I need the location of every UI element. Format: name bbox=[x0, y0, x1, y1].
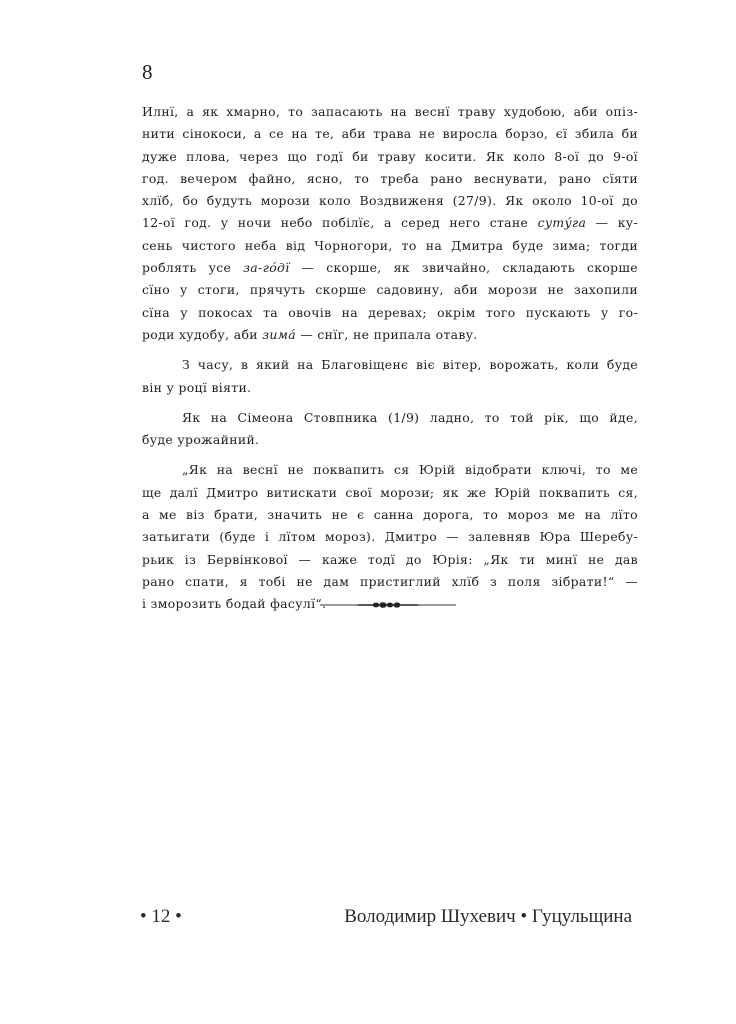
page-number-top: 8 bbox=[142, 60, 153, 85]
section-divider-ornament bbox=[318, 598, 458, 612]
text-line: сїно у стоги, прячуть скорше садовину, а… bbox=[142, 279, 638, 301]
text-line: З часу, в який на Благовіщенє віє вітер,… bbox=[142, 354, 638, 376]
text-fragment: — скорше, як звичайно, складають скорше bbox=[302, 260, 638, 275]
text-line: дуже плова, через що годї би траву косит… bbox=[142, 146, 638, 168]
text-line: „Як на веснї не поквапить ся Юрій відобр… bbox=[142, 459, 638, 481]
text-fragment: — ку- bbox=[596, 215, 638, 230]
text-line: Як на Сімеона Стовпника (1/9) ладно, то … bbox=[142, 407, 638, 429]
text-line: роблять усе за-гóдї — скорше, як звичайн… bbox=[142, 257, 638, 279]
text-fragment: — снїг, не припала отаву. bbox=[300, 327, 477, 342]
paragraph: Илнї, а як хмарно, то запасають на веснї… bbox=[142, 101, 638, 346]
italic-term-zyma: зимá bbox=[262, 327, 296, 342]
folio-page-number: • 12 • bbox=[140, 906, 182, 928]
text-line: а ме віз брати, значить не є санна дорог… bbox=[142, 504, 638, 526]
body-text: Илнї, а як хмарно, то запасають на веснї… bbox=[142, 101, 638, 616]
text-line: затьигати (буде і лїтом мороз). Дмитро —… bbox=[142, 526, 638, 548]
text-line: він у роцї віяти. bbox=[142, 377, 638, 399]
text-line: 12-ої год. у ночи небо побілїє, а серед … bbox=[142, 212, 638, 234]
italic-term-za-godi: за-гóдї bbox=[243, 260, 289, 275]
paragraph: Як на Сімеона Стовпника (1/9) ладно, то … bbox=[142, 407, 638, 452]
text-line: роди худобу, аби зимá — снїг, не припала… bbox=[142, 324, 638, 346]
text-line: Илнї, а як хмарно, то запасають на веснї… bbox=[142, 101, 638, 123]
italic-term-sutuga: сутýга bbox=[538, 215, 587, 230]
text-fragment: роблять усе bbox=[142, 260, 231, 275]
text-line: сень чистого неба від Чорногори, то на Д… bbox=[142, 235, 638, 257]
text-line: нити сінокоси, а се на те, аби трава не … bbox=[142, 123, 638, 145]
text-fragment: 12-ої год. у ночи небо побілїє, а серед … bbox=[142, 215, 528, 230]
paragraph: З часу, в який на Благовіщенє віє вітер,… bbox=[142, 354, 638, 399]
text-line: хлїб, бо будуть морози коло Воздвиженя (… bbox=[142, 190, 638, 212]
text-line: рьик із Бервінкової — каже тодї до Юрія:… bbox=[142, 549, 638, 571]
text-line: сїна у покосах та овочів на деревах; окр… bbox=[142, 302, 638, 324]
text-line: буде урожайний. bbox=[142, 429, 638, 451]
running-title: Володимир Шухевич • Гуцульщина bbox=[344, 906, 632, 928]
paragraph: „Як на веснї не поквапить ся Юрій відобр… bbox=[142, 459, 638, 615]
text-line: рано спати, я тобі не дам пристиглий хлї… bbox=[142, 571, 638, 593]
text-line: ще далї Дмитро витискати свої морози; як… bbox=[142, 482, 638, 504]
text-line: год. вечером файно, ясно, то треба рано … bbox=[142, 168, 638, 190]
text-fragment: роди худобу, аби bbox=[142, 327, 258, 342]
